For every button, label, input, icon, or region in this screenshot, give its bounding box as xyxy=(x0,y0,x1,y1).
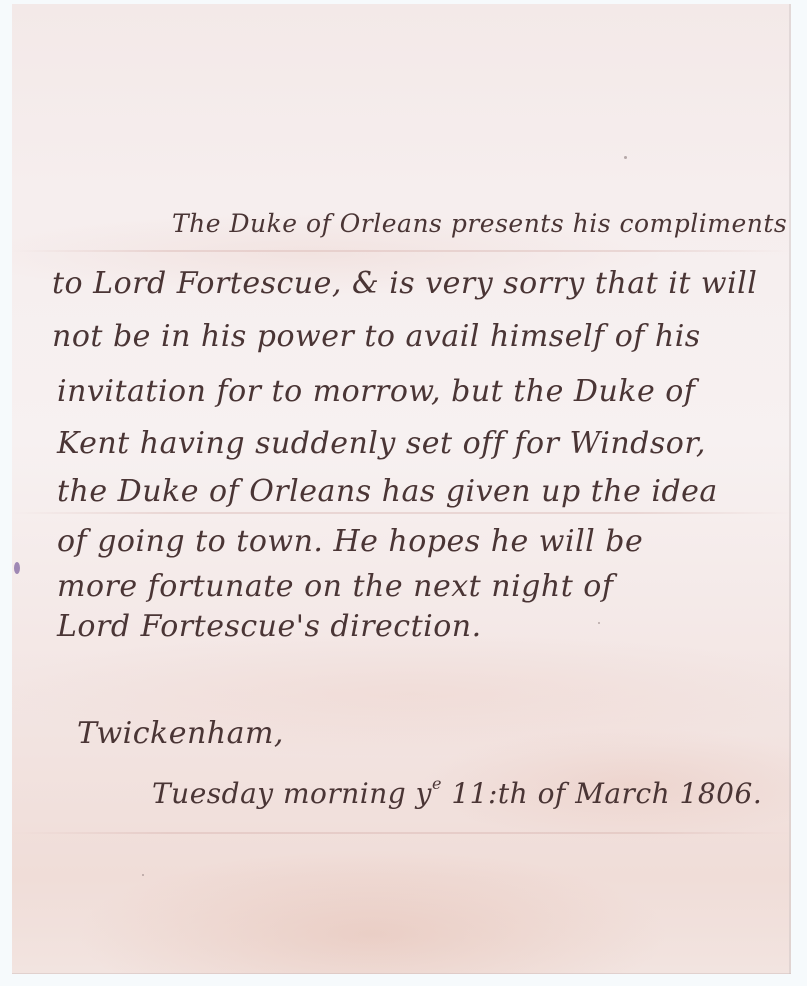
paper-speck xyxy=(624,156,627,159)
letter-line-7: of going to town. He hopes he will be xyxy=(57,524,643,559)
paper-fold-line xyxy=(12,250,791,252)
letter-line-8: more fortunate on the next night of xyxy=(57,569,613,604)
letter-dateline: Tuesday morning ye 11:th of March 1806. xyxy=(152,774,762,810)
ink-stain xyxy=(14,562,20,574)
paper-sheet: The Duke of Orleans presents his complim… xyxy=(12,4,791,974)
paper-fold-line xyxy=(12,832,791,834)
letter-line-6: the Duke of Orleans has given up the ide… xyxy=(57,474,718,509)
dateline-superscript: e xyxy=(432,774,442,793)
letter-place: Twickenham, xyxy=(77,716,284,751)
letter-line-1: The Duke of Orleans presents his complim… xyxy=(172,209,787,238)
paper-speck xyxy=(142,874,144,876)
paper-speck xyxy=(598,622,600,624)
letter-line-3: not be in his power to avail himself of … xyxy=(52,319,701,354)
dateline-prefix: Tuesday morning y xyxy=(152,777,432,810)
paper-fold-line xyxy=(12,512,791,514)
letter-line-4: invitation for to morrow, but the Duke o… xyxy=(57,374,695,409)
letter-line-9: Lord Fortescue's direction. xyxy=(57,609,482,644)
scanned-letter: The Duke of Orleans presents his complim… xyxy=(0,0,807,986)
dateline-suffix: 11:th of March 1806. xyxy=(442,777,762,810)
letter-line-2: to Lord Fortescue, & is very sorry that … xyxy=(52,266,757,301)
letter-line-5: Kent having suddenly set off for Windsor… xyxy=(57,426,706,461)
